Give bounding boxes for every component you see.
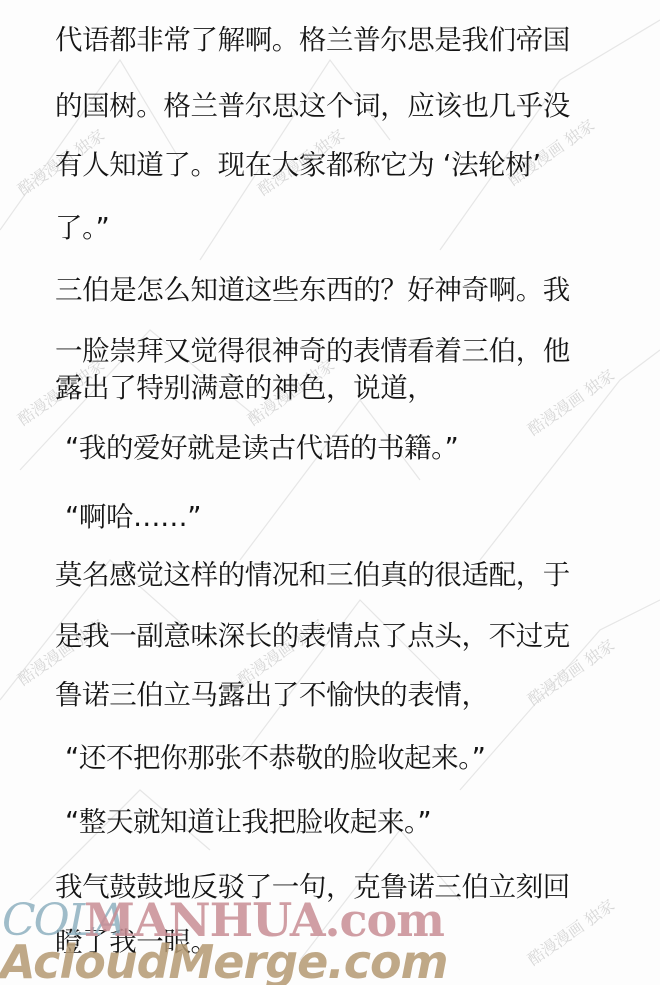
- text-line: 代语都非常了解啊。格兰普尔思是我们帝国: [55, 24, 570, 56]
- text-line: 了。”: [55, 212, 109, 244]
- faint-watermark: 酷漫漫画 独家: [523, 363, 619, 440]
- text-line: 我气鼓鼓地反驳了一句，克鲁诺三伯立刻回: [55, 871, 570, 903]
- dialogue-line: “我的爱好就是读古代语的书籍。”: [65, 432, 458, 464]
- text-line: 鲁诺三伯立马露出了不愉快的表情，: [55, 679, 489, 711]
- text-line: 是我一副意味深长的表情点了点头，不过克: [55, 620, 570, 652]
- text-line: 的国树。格兰普尔思这个词，应该也几乎没: [55, 90, 570, 122]
- dialogue-line: “啊哈……”: [65, 501, 201, 533]
- text-line: 有人知道了。现在大家都称它为 ‘法轮树’: [55, 149, 541, 181]
- dialogue-line: “还不把你那张不恭敬的脸收起来。”: [65, 742, 485, 774]
- text-line: 一脸崇拜又觉得很神奇的表情看着三伯，他: [55, 335, 570, 367]
- faint-watermark: 酷漫漫画 独家: [523, 893, 619, 970]
- text-line: 瞪了我一眼。: [55, 926, 218, 958]
- text-line: 三伯是怎么知道这些东西的？好神奇啊。我: [55, 274, 570, 306]
- text-line: 露出了特别满意的神色，说道，: [55, 372, 434, 404]
- dialogue-line: “整天就知道让我把脸收起来。”: [65, 806, 431, 838]
- text-line: 莫名感觉这样的情况和三伯真的很适配，于: [55, 559, 570, 591]
